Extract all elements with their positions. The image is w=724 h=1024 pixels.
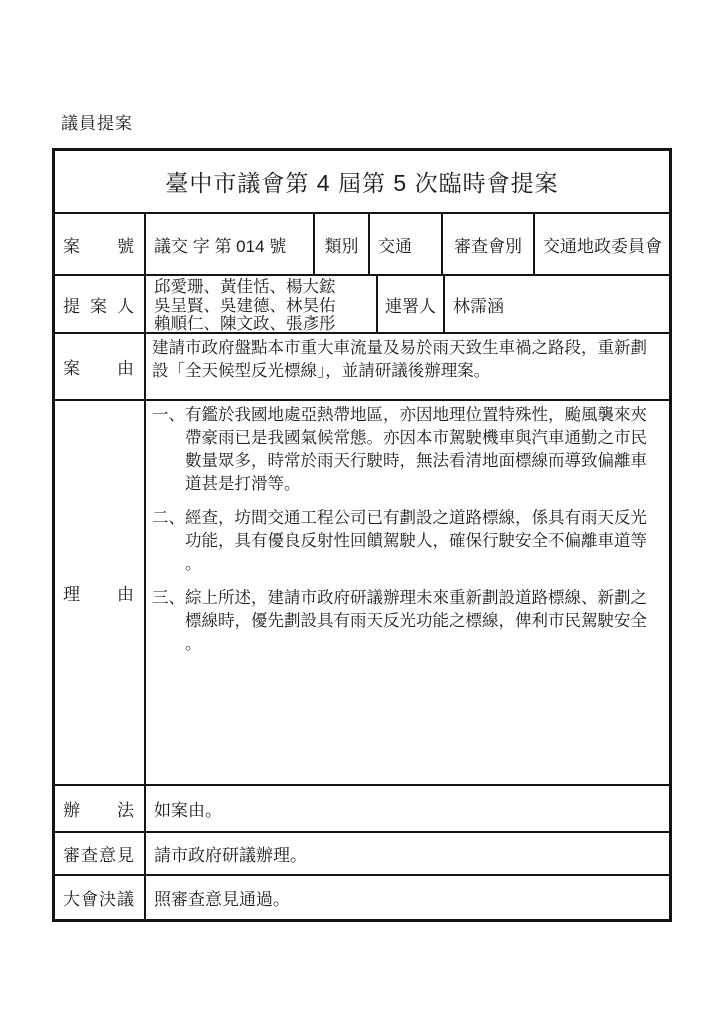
review-committee-label: 審查會別 — [443, 214, 535, 274]
case-number-row: 案號 議交 字 第 014 號 類別 交通 審查會別 交通地政委員會 — [55, 214, 669, 276]
assembly-resolution-value: 照審查意見通過。 — [146, 876, 669, 919]
cosigner-label: 連署人 — [378, 276, 445, 332]
subject-value-cell: 建請市政府盤點本市重大車流量及易於雨天致生車禍之路段，重新劃 設「全天候型反光標… — [146, 334, 669, 399]
document-page: 議員提案 臺中市議會第 4 屆第 5 次臨時會提案 案號 議交 字 第 014 … — [0, 0, 724, 1024]
review-committee-value: 交通地政委員會 — [535, 214, 669, 274]
proposer-names: 邱愛珊、黃佳恬、楊大鋐 吳呈賢、吳建德、林昊佑 賴順仁、陳文政、張彥彤 — [146, 276, 378, 332]
method-value: 如案由。 — [146, 786, 669, 831]
proposal-form-table: 臺中市議會第 4 屆第 5 次臨時會提案 案號 議交 字 第 014 號 類別 … — [52, 148, 672, 922]
reason-item-1: 一、有鑑於我國地處亞熱帶地區，亦因地理位置特殊性，颱風襲來夾 帶豪雨已是我國氣候… — [152, 404, 663, 496]
reason-item-2: 二、經查，坊間交通工程公司已有劃設之道路標線，係具有雨天反光 功能，具有優良反射… — [152, 507, 663, 576]
reason-value-cell: 一、有鑑於我國地處亞熱帶地區，亦因地理位置特殊性，颱風襲來夾 帶豪雨已是我國氣候… — [146, 401, 669, 784]
case-number-label-cell: 案號 — [55, 214, 146, 274]
reason-label: 理由 — [63, 580, 134, 605]
subject-row: 案由 建請市政府盤點本市重大車流量及易於雨天致生車禍之路段，重新劃 設「全天候型… — [55, 334, 669, 401]
subject-text: 建請市政府盤點本市重大車流量及易於雨天致生車禍之路段，重新劃 設「全天候型反光標… — [152, 337, 663, 383]
subject-label: 案由 — [63, 354, 134, 379]
review-opinion-label: 審查意見 — [63, 841, 134, 866]
reason-item-3: 三、綜上所述，建請市政府研議辦理未來重新劃設道路標線、新劃之 標線時，優先劃設具… — [152, 587, 663, 656]
proposer-label-cell: 提案人 — [55, 276, 146, 332]
method-row: 辦法 如案由。 — [55, 786, 669, 833]
category-label: 類別 — [315, 214, 370, 274]
subject-label-cell: 案由 — [55, 334, 146, 399]
reason-row: 理由 一、有鑑於我國地處亞熱帶地區，亦因地理位置特殊性，颱風襲來夾 帶豪雨已是我… — [55, 401, 669, 786]
reason-label-cell: 理由 — [55, 401, 146, 784]
method-label: 辦法 — [63, 796, 134, 821]
review-opinion-value: 請市政府研議辦理。 — [146, 833, 669, 874]
doc-type-label: 議員提案 — [61, 109, 133, 134]
assembly-resolution-label: 大會決議 — [63, 885, 134, 910]
category-value: 交通 — [370, 214, 443, 274]
method-label-cell: 辦法 — [55, 786, 146, 831]
assembly-resolution-label-cell: 大會決議 — [55, 876, 146, 919]
case-number-label: 案號 — [63, 232, 134, 257]
case-number-value: 議交 字 第 014 號 — [146, 214, 315, 274]
cosigner-value: 林霈涵 — [445, 276, 669, 332]
review-opinion-label-cell: 審查意見 — [55, 833, 146, 874]
title-row: 臺中市議會第 4 屆第 5 次臨時會提案 — [55, 151, 669, 214]
form-title: 臺中市議會第 4 屆第 5 次臨時會提案 — [55, 151, 669, 212]
proposer-label: 提案人 — [63, 292, 134, 317]
assembly-resolution-row: 大會決議 照審查意見通過。 — [55, 876, 669, 919]
proposer-row: 提案人 邱愛珊、黃佳恬、楊大鋐 吳呈賢、吳建德、林昊佑 賴順仁、陳文政、張彥彤 … — [55, 276, 669, 334]
review-opinion-row: 審查意見 請市政府研議辦理。 — [55, 833, 669, 876]
